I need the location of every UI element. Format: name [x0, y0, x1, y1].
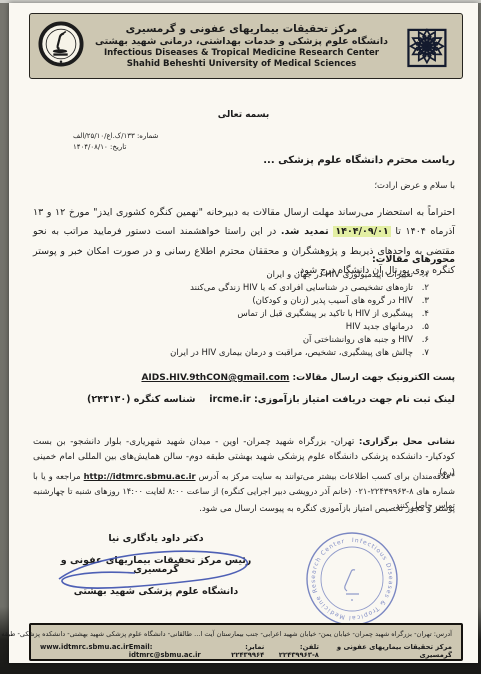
letterhead: مرکز تحقیقات بیماریهای عفونی و گرمسیری د… [29, 13, 463, 79]
submission-email-link[interactable]: AIDS.HIV.9thCON@gmail.com [141, 373, 289, 383]
topic-item: ۱.تغییرات اپیدمیولوژی HIV در جهان و ایرا… [29, 269, 429, 282]
footer-fax: نمابر: ۲۲۴۳۹۹۶۴ [216, 643, 265, 659]
footer-address: آدرس: تهران- بزرگراه شهید چمران- خیابان … [40, 630, 452, 638]
congress-id: شناسه کنگره (۲۴۳۱۳۰) [87, 394, 195, 405]
signatory-university: دانشگاه علوم پزشکی شهید بهشتی [51, 587, 261, 597]
besmele: بسمه تعالی [9, 110, 478, 120]
recipient-line: ریاست محترم دانشگاه علوم پزشکی ... [263, 155, 455, 166]
letterhead-org-en: Infectious Diseases & Tropical Medicine … [84, 48, 399, 58]
signatory-title: رئیس مرکز تحقیقات بیماریهای عفونی و گرمس… [51, 556, 261, 575]
letterhead-univ-en: Shahid Beheshti University of Medical Sc… [84, 59, 399, 69]
footer-phone: تلفن: ۸-۲۲۴۳۹۹۶۳ [264, 643, 319, 659]
registration-label-value: لینک ثبت نام جهت دریافت امتیاز بازآموزی:… [209, 394, 455, 405]
letter-meta: شماره: ۱۳۳/ک.اع/۲۵/۱۰/الف تاریخ: ۱۴۰۴/۰۸… [73, 131, 178, 153]
footer-email: Email: idtmrc@sbmu.ac.ir [129, 643, 216, 659]
topic-item: ۲.تازه‌های تشخیصی در شناسایی افرادی که ب… [29, 282, 429, 295]
footer-org: مرکز تحقیقات بیماریهای عفونی و گرمسیری [319, 643, 452, 659]
letter-page: مرکز تحقیقات بیماریهای عفونی و گرمسیری د… [9, 3, 478, 663]
topic-item: ۳.HIV در گروه های آسیب پذیر (زنان و کودک… [29, 295, 429, 308]
letterhead-univ-fa: دانشگاه علوم پزشکی و خدمات بهداشتی، درما… [84, 36, 399, 48]
registration-site: ircme.ir [209, 394, 250, 405]
footer-website: www.idtmrc.sbmu.ac.ir [40, 643, 129, 659]
footer-band: آدرس: تهران- بزرگراه شهید چمران- خیابان … [29, 623, 463, 661]
extended-deadline-highlight: ۱۴۰۴/۰۹/۰۱ [333, 226, 390, 237]
footer-contact-row: مرکز تحقیقات بیماریهای عفونی و گرمسیری ت… [40, 643, 452, 659]
topic-item: ۷.چالش های پیشگیری، تشخیص، مراقبت و درما… [29, 347, 429, 360]
salutation: با سلام و عرض ارادت؛ [374, 181, 455, 191]
letterhead-org-fa: مرکز تحقیقات بیماریهای عفونی و گرمسیری [84, 23, 399, 36]
center-website-link[interactable]: http://idtmrc.sbmu.ac.ir [84, 471, 196, 481]
venue-label: نشانی محل برگزاری: [359, 437, 455, 447]
letterhead-titles: مرکز تحقیقات بیماریهای عفونی و گرمسیری د… [84, 23, 399, 69]
attachment-note: پوستر و مجوز تخصیص امتیاز بازآموزی کنگره… [199, 504, 455, 514]
official-stamp: Infectious Diseases & Tropical Medicine … [302, 529, 402, 629]
registration-line: لینک ثبت نام جهت دریافت امتیاز بازآموزی:… [87, 394, 455, 405]
submission-email-label: پست الکترونیک جهت ارسال مقالات: [293, 373, 455, 383]
university-rosette-logo [399, 17, 454, 76]
topic-item: ۶.HIV و جنبه های روانشناختی آن [29, 334, 429, 347]
research-center-seal-logo [38, 21, 84, 71]
topic-item: ۵.درمانهای جدید HIV [29, 321, 429, 334]
scanner-background: مرکز تحقیقات بیماریهای عفونی و گرمسیری د… [0, 0, 481, 674]
topic-item: ۴.پیشگیری از HIV با تاکید بر پیشگیری قبل… [29, 308, 429, 321]
signature-block: دکتر داود یادگاری نیا رئیس مرکز تحقیقات … [51, 534, 261, 608]
submission-email-line: پست الکترونیک جهت ارسال مقالات: AIDS.HIV… [141, 373, 455, 383]
topics-list: ۱.تغییرات اپیدمیولوژی HIV در جهان و ایرا… [29, 269, 429, 360]
signatory-name: دکتر داود یادگاری نیا [51, 534, 261, 544]
body-text-bold: تمدید شد. [281, 226, 329, 237]
topics-heading: محورهای مقالات: [372, 254, 455, 265]
letter-date: تاریخ: ۱۴۰۴/۰۸/۱۰ [73, 142, 178, 153]
letter-number: شماره: ۱۳۳/ک.اع/۲۵/۱۰/الف [73, 131, 178, 142]
svg-text:Infectious Diseases & Tropical: Infectious Diseases & Tropical Medicine … [310, 537, 394, 621]
